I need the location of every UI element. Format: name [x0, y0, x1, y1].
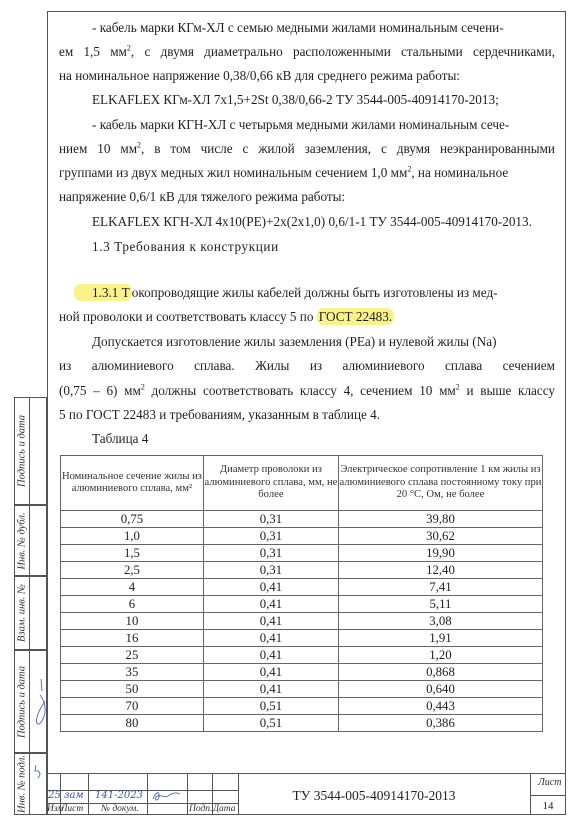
table-cell: 5,11	[338, 596, 542, 613]
revision-document: 141-2023	[95, 790, 143, 801]
table-cell: 39,80	[338, 511, 542, 528]
section-heading: 1.3 Требования к конструкции	[92, 239, 279, 255]
col-label-date: Дата	[213, 804, 236, 814]
paragraph-line: ем 1,5 мм2, с двумя диаметрально располо…	[59, 44, 555, 60]
table-cell: 19,90	[338, 545, 542, 562]
table-cell: 0,868	[338, 664, 542, 681]
sheet-label: Лист	[538, 777, 561, 788]
table-row: 700,510,443	[61, 698, 543, 715]
table-cell: 1,0	[61, 528, 204, 545]
table-cell: 0,51	[203, 698, 338, 715]
table-cell: 25	[61, 647, 204, 664]
table-cell: 50	[61, 681, 204, 698]
paragraph-line: - кабель марки КГм-ХЛ с семью медными жи…	[92, 20, 504, 36]
side-stamp-signature-date-1: Подпись и дата	[14, 397, 47, 505]
table-cell: 0,51	[203, 715, 338, 732]
paragraph-line: группами из двух медных жил номинальным …	[59, 165, 508, 181]
revision-number: 25	[48, 790, 61, 801]
table-header: Электрическое сопротивление 1 км жилы из…	[338, 456, 542, 511]
table-cell: 2,5	[61, 562, 204, 579]
table-row: 500,410,640	[61, 681, 543, 698]
table-row: 100,413,08	[61, 613, 543, 630]
side-stamp-signature-date-2: Подпись и дата	[14, 650, 47, 753]
col-label-list: Лист	[61, 804, 83, 814]
paragraph-line: - кабель марки КГН-ХЛ с четырьмя медными…	[92, 117, 509, 133]
paragraph-line: (0,75 – 6) мм2 должны соответствовать кл…	[59, 383, 555, 399]
table-row: 800,510,386	[61, 715, 543, 732]
product-code: ELKAFLEX КГм-ХЛ 7х1,5+2St 0,38/0,66-2 ТУ…	[92, 92, 499, 108]
table-row: 1,00,3130,62	[61, 528, 543, 545]
table-cell: 16	[61, 630, 204, 647]
table-cell: 0,386	[338, 715, 542, 732]
table-row: 2,50,3112,40	[61, 562, 543, 579]
table-cell: 70	[61, 698, 204, 715]
table-cell: 1,5	[61, 545, 204, 562]
paragraph-line: ной проволоки и соответствовать классу 5…	[59, 309, 394, 325]
table-cell: 0,41	[203, 613, 338, 630]
col-label-sign: Подп.	[189, 804, 212, 814]
table-cell: 0,41	[203, 681, 338, 698]
side-stamp-dup-inv: Инв. № дубл.	[14, 505, 47, 576]
paragraph-line: из алюминиевого сплава. Жилы из алюминие…	[59, 358, 555, 374]
table-row: 60,415,11	[61, 596, 543, 613]
highlight-gost-reference: ГОСТ 22483.	[317, 308, 394, 325]
table-row: 40,417,41	[61, 579, 543, 596]
table-caption: Таблица 4	[92, 431, 148, 447]
highlight-clause-number: 1.3.1 Т	[74, 284, 132, 301]
table-row: 350,410,868	[61, 664, 543, 681]
paragraph-line: 1.3.1 Токопроводящие жилы кабелей должны…	[74, 285, 498, 301]
table-header: Номинальное сечение жилы из алюминиевого…	[61, 456, 204, 511]
table-row: 1,50,3119,90	[61, 545, 543, 562]
table-cell: 0,31	[203, 528, 338, 545]
table-cell: 4	[61, 579, 204, 596]
side-stamp-replace-inv: Взам. инв. №	[14, 576, 47, 650]
signature-icon	[31, 675, 49, 735]
table-cell: 1,91	[338, 630, 542, 647]
table-row: 160,411,91	[61, 630, 543, 647]
side-stamp-orig-inv: Инв. № подл.	[14, 753, 47, 815]
paragraph-line: Допускается изготовление жилы заземления…	[92, 334, 496, 350]
table-cell: 1,20	[338, 647, 542, 664]
table-cell: 30,62	[338, 528, 542, 545]
table-header: Диаметр проволоки из алюминиевого сплава…	[203, 456, 338, 511]
table-cell: 35	[61, 664, 204, 681]
table-row: 0,750,3139,80	[61, 511, 543, 528]
sheet-number: 14	[530, 800, 566, 812]
table-cell: 0,443	[338, 698, 542, 715]
table-cell: 7,41	[338, 579, 542, 596]
table-cell: 0,640	[338, 681, 542, 698]
table-cell: 0,31	[203, 562, 338, 579]
paragraph-line: 5 по ГОСТ 22483 и требованиям, указанным…	[59, 407, 380, 423]
initial-mark-icon	[32, 762, 46, 782]
table-cell: 0,41	[203, 664, 338, 681]
table-cell: 0,41	[203, 647, 338, 664]
table-cell: 0,75	[61, 511, 204, 528]
table-cell: 80	[61, 715, 204, 732]
table-cell: 6	[61, 596, 204, 613]
paragraph-line: на номинальное напряжение 0,38/0,66 кВ д…	[59, 68, 460, 84]
table-cell: 0,31	[203, 511, 338, 528]
revision-sheet: зам	[64, 790, 84, 801]
paragraph-line: напряжение 0,6/1 кВ для тяжелого режима …	[59, 189, 345, 205]
table-cell: 0,31	[203, 545, 338, 562]
paragraph-line: нием 10 мм2, в том числе с жилой заземле…	[59, 141, 555, 157]
table-cell: 0,41	[203, 596, 338, 613]
document-code: ТУ 3544-005-40914170-2013	[238, 788, 510, 804]
col-label-doc: № докум.	[101, 804, 139, 814]
table-cell: 12,40	[338, 562, 542, 579]
signature-icon	[150, 789, 184, 803]
table-cell: 0,41	[203, 579, 338, 596]
table-cell: 10	[61, 613, 204, 630]
table-4: Номинальное сечение жилы из алюминиевого…	[60, 455, 543, 732]
table-cell: 0,41	[203, 630, 338, 647]
product-code: ELKAFLEX КГН-ХЛ 4х10(РЕ)+2х(2х1,0) 0,6/1…	[92, 214, 532, 230]
table-row: 250,411,20	[61, 647, 543, 664]
table-cell: 3,08	[338, 613, 542, 630]
